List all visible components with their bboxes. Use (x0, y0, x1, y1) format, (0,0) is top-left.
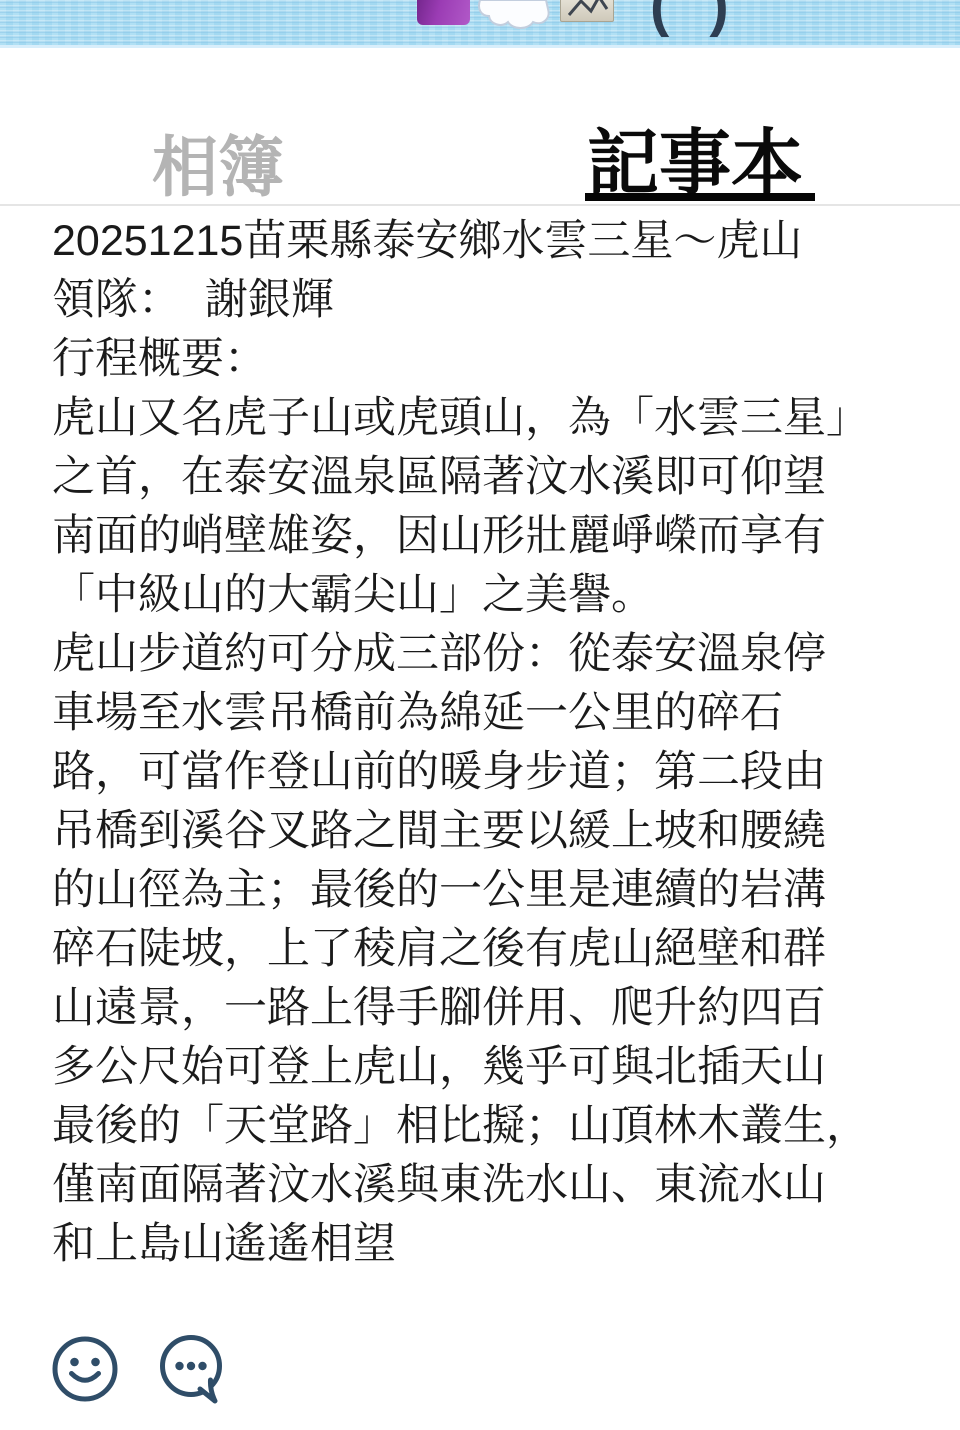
note-text-line: 行程概要： (52, 330, 960, 389)
note-text-line: 的山徑為主；最後的一公里是連續的岩溝 (52, 861, 960, 920)
tab-bar: 相簿 記事本 (0, 48, 960, 206)
notes-screen: ( ) 相簿 記事本 20251215苗栗縣泰安鄉水雲三星～虎山領隊： 謝銀輝行… (0, 0, 960, 1430)
note-text-line: 之首，在泰安溫泉區隔著汶水溪即可仰望 (52, 448, 960, 507)
note-text-line: 僅南面隔著汶水溪與東洗水山、東流水山 (52, 1156, 960, 1215)
note-text-line: 和上島山遙遙相望 (52, 1215, 960, 1274)
note-text-line: 車場至水雲吊橋前為綿延一公里的碎石 (52, 684, 960, 743)
note-text-line: 路，可當作登山前的暖身步道；第二段由 (52, 743, 960, 802)
note-text-line: 虎山又名虎子山或虎頭山，為「水雲三星」 (52, 389, 960, 448)
tab-notebook[interactable]: 記事本 (587, 128, 803, 200)
tab-album[interactable]: 相簿 (152, 134, 284, 200)
cropped-cloud-emoji (476, 0, 568, 40)
comment-icon[interactable] (156, 1334, 228, 1406)
note-text: 20251215苗栗縣泰安鄉水雲三星～虎山領隊： 謝銀輝行程概要：虎山又名虎子山… (52, 212, 960, 1274)
note-text-line: 山遠景，一路上得手腳併用、爬升約四百 (52, 979, 960, 1038)
cropped-purple-figure-emoji (417, 0, 470, 25)
note-text-line: 20251215苗栗縣泰安鄉水雲三星～虎山 (52, 212, 960, 271)
note-text-line: 碎石陡坡，上了稜肩之後有虎山絕壁和群 (52, 920, 960, 979)
active-tab-underline (585, 193, 815, 201)
smiley-reaction-icon[interactable] (50, 1334, 120, 1404)
note-text-line: 多公尺始可登上虎山，幾乎可與北插天山 (52, 1038, 960, 1097)
note-text-line: 領隊： 謝銀輝 (52, 271, 960, 330)
note-text-line: 最後的「天堂路」相比擬；山頂林木叢生， (52, 1097, 960, 1156)
top-banner: ( ) (0, 0, 960, 48)
tab-bar-divider (0, 204, 960, 206)
reaction-bar (0, 1326, 960, 1416)
note-text-line: 南面的峭壁雄姿，因山形壯麗崢嶸而享有 (52, 507, 960, 566)
note-text-line: 虎山步道約可分成三部份：從泰安溫泉停 (52, 625, 960, 684)
cropped-photo-sticker (560, 0, 614, 22)
note-text-line: 吊橋到溪谷叉路之間主要以緩上坡和腰繞 (52, 802, 960, 861)
cropped-title-text: ( ) (650, 0, 741, 43)
note-text-line: 「中級山的大霸尖山」之美譽。 (52, 566, 960, 625)
